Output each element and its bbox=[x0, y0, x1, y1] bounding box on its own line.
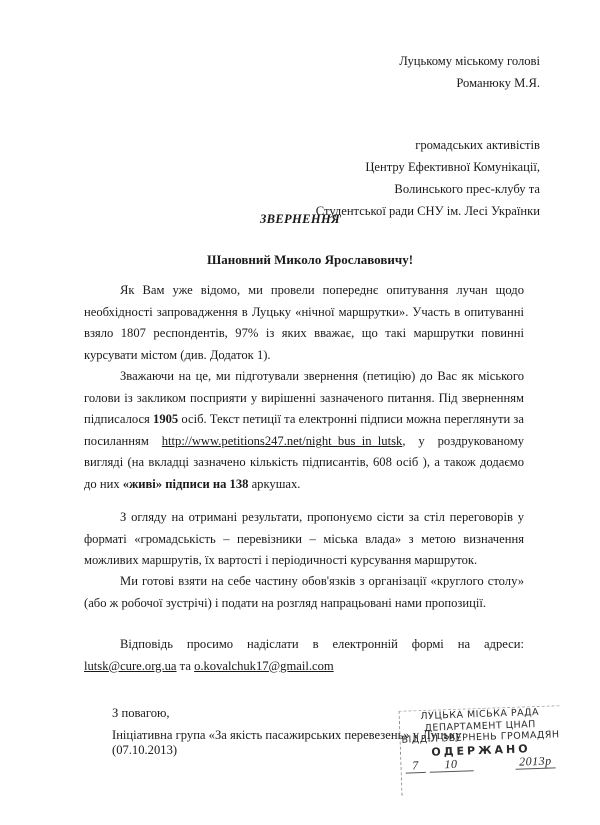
paragraph-text: Зважаючи на це, ми підготували звернення… bbox=[84, 366, 524, 496]
addressee-name: Романюку М.Я. bbox=[399, 72, 540, 94]
document-page: Луцькому міському голові Романюку М.Я. г… bbox=[0, 0, 600, 825]
sender-line: Волинського прес-клубу та bbox=[316, 178, 540, 200]
text-run: аркушах. bbox=[248, 477, 300, 491]
sender-line: Центру Ефективної Комунікації, bbox=[316, 156, 540, 178]
paragraph-survey: Як Вам уже відомо, ми провели попереднє … bbox=[84, 280, 524, 366]
paragraph-text: Відповідь просимо надіслати в електронні… bbox=[84, 634, 524, 677]
paragraph-text: З огляду на отримані результати, пропону… bbox=[84, 507, 524, 572]
paragraph-reply: Відповідь просимо надіслати в електронні… bbox=[84, 634, 524, 677]
stamp-month: 10 bbox=[429, 758, 473, 772]
text-run: та bbox=[177, 659, 195, 673]
signature-count: 1905 bbox=[153, 412, 178, 426]
petition-link[interactable]: http://www.petitions247.net/night_bus_in… bbox=[162, 434, 403, 448]
paragraph-proposal: З огляду на отримані результати, пропону… bbox=[84, 507, 524, 572]
paragraph-text: Ми готові взяти на себе частину обов'язк… bbox=[84, 571, 524, 614]
addressee-block: Луцькому міському голові Романюку М.Я. bbox=[399, 50, 540, 94]
paragraph-roundtable: Ми готові взяти на себе частину обов'язк… bbox=[84, 571, 524, 614]
sender-block: громадських активістів Центру Ефективної… bbox=[316, 134, 540, 222]
email-link-cure[interactable]: lutsk@cure.org.ua bbox=[84, 659, 177, 673]
text-run: Відповідь просимо надіслати в електронні… bbox=[120, 637, 524, 651]
email-link-gmail[interactable]: o.kovalchuk17@gmail.com bbox=[194, 659, 334, 673]
stamp-year: 2013р bbox=[515, 755, 555, 769]
paragraph-text: Як Вам уже відомо, ми провели попереднє … bbox=[84, 280, 524, 366]
stamp-date: 7 10 2013р bbox=[401, 755, 561, 773]
live-signatures: «живі» підписи на 138 bbox=[123, 477, 249, 491]
addressee-title: Луцькому міському голові bbox=[399, 50, 540, 72]
received-stamp: ЛУЦЬКА МІСЬКА РАДА ДЕПАРТАМЕНТ ЦНАП ВІДД… bbox=[399, 705, 563, 796]
paragraph-petition: Зважаючи на це, ми підготували звернення… bbox=[84, 366, 524, 496]
sender-line: громадських активістів bbox=[316, 134, 540, 156]
salutation: Шановний Миколо Ярославовичу! bbox=[0, 252, 600, 268]
document-title: ЗВЕРНЕННЯ bbox=[0, 212, 600, 227]
stamp-day: 7 bbox=[405, 760, 425, 773]
